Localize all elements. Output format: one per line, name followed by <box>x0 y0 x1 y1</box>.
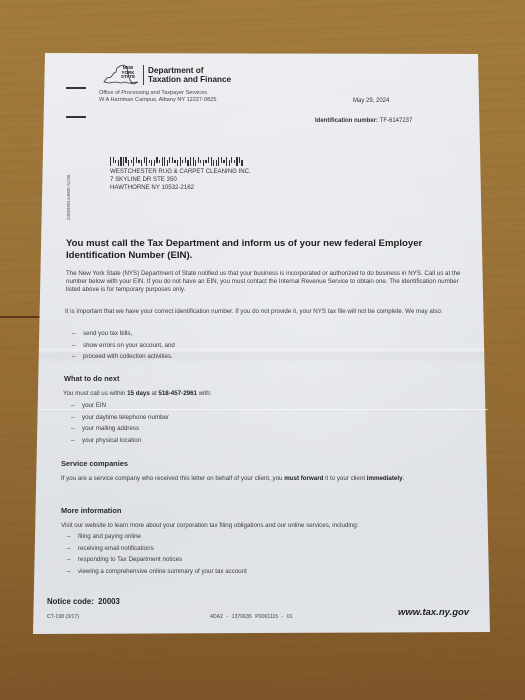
barcode-bar <box>159 160 160 163</box>
tax-notice-letter: NEW YORK STATE Department of Taxation an… <box>0 0 525 700</box>
barcode-bar <box>182 160 183 163</box>
website-url: www.tax.ny.gov <box>398 607 469 618</box>
barcode-bar <box>118 160 119 166</box>
barcode-bar <box>205 160 206 163</box>
barcode-bar <box>180 157 181 166</box>
barcode-bar <box>234 160 235 163</box>
call-instructions: You must call us within 15 days at 518-4… <box>63 390 468 398</box>
barcode-bar <box>164 157 165 166</box>
barcode-bar <box>223 160 224 163</box>
barcode-bar <box>138 160 139 163</box>
barcode-bar <box>239 157 240 163</box>
phone-number: 518-457-2961 <box>158 390 197 397</box>
department-name: Department of Taxation and Finance <box>148 66 231 85</box>
barcode-bar <box>177 160 178 166</box>
barcode-bar <box>211 157 212 166</box>
list-item: receiving email notifications <box>67 543 247 555</box>
list-item: show errors on your account, and <box>72 340 175 352</box>
fold-mark <box>66 116 86 118</box>
online-services-list: filing and paying online receiving email… <box>67 531 247 577</box>
barcode-bar <box>167 160 168 166</box>
barcode-bar <box>123 157 124 166</box>
barcode-bar <box>221 157 222 163</box>
new-york-state-outline-icon: NEW YORK STATE <box>103 64 141 86</box>
more-information-heading: More information <box>61 506 121 515</box>
barcode-bar <box>226 157 227 166</box>
more-information-text: Visit our website to learn more about yo… <box>61 522 481 530</box>
barcode-bar <box>125 157 126 163</box>
postal-barcode <box>110 157 243 166</box>
barcode-bar <box>120 157 121 166</box>
importance-paragraph: It is important that we have your correc… <box>65 308 470 316</box>
required-info-list: your EIN your daytime telephone number y… <box>71 400 169 446</box>
barcode-bar <box>241 160 242 166</box>
reference-codes: 4DA2 - 1370635 P0001115 - 01 <box>210 614 293 620</box>
form-id: CT-198 (3/17) <box>47 614 79 620</box>
list-item: your mailing address <box>71 423 169 435</box>
list-item: send you tax bills, <box>72 328 175 340</box>
deadline: 15 days <box>127 390 150 397</box>
barcode-bar <box>216 160 217 166</box>
what-to-do-heading: What to do next <box>64 374 119 383</box>
barcode-bar <box>141 160 142 166</box>
list-item: responding to Tax Department notices <box>67 554 247 566</box>
barcode-bar <box>190 157 191 166</box>
logo-divider <box>143 65 144 85</box>
nys-dtf-logo: NEW YORK STATE Department of Taxation an… <box>103 64 231 86</box>
consequences-list: send you tax bills, show errors on your … <box>72 328 175 363</box>
list-item: proceed with collection activities. <box>72 351 175 363</box>
list-item: filing and paying online <box>67 531 247 543</box>
recipient-address: WESTCHESTER RUG & CARPET CLEANING INC. 7… <box>110 168 251 192</box>
barcode-bar <box>151 160 152 166</box>
list-item: your physical location <box>71 435 169 447</box>
barcode-bar <box>185 157 186 163</box>
barcode-bar <box>236 157 237 166</box>
notice-code: Notice code: 20003 <box>47 597 120 606</box>
barcode-bar <box>200 160 201 163</box>
service-companies-heading: Service companies <box>61 459 128 468</box>
barcode-bar <box>136 157 137 163</box>
barcode-bar <box>144 157 145 163</box>
service-companies-text: If you are a service company who receive… <box>61 475 471 483</box>
barcode-bar <box>195 160 196 166</box>
barcode-bar <box>229 160 230 166</box>
vertical-tracking-code: 2405990144000-AC00 <box>66 175 71 220</box>
barcode-bar <box>149 160 150 163</box>
letter-date: May 29, 2024 <box>353 98 389 104</box>
barcode-bar <box>133 157 134 166</box>
barcode-bar <box>218 157 219 166</box>
intro-paragraph: The New York State (NYS) Department of S… <box>66 270 471 295</box>
barcode-bar <box>156 157 157 163</box>
notice-headline: You must call the Tax Department and inf… <box>66 238 466 261</box>
barcode-bar <box>115 160 116 163</box>
identification-number: Identification number: TF-6147237 <box>315 118 412 124</box>
barcode-bar <box>128 160 129 166</box>
barcode-bar <box>110 157 111 166</box>
barcode-bar <box>198 157 199 163</box>
fold-mark <box>66 87 86 89</box>
state-wordmark: NEW YORK STATE <box>121 66 135 80</box>
barcode-bar <box>131 160 132 163</box>
barcode-bar <box>213 160 214 166</box>
barcode-bar <box>208 157 209 163</box>
barcode-bar <box>162 157 163 166</box>
barcode-bar <box>187 160 188 166</box>
barcode-bar <box>169 157 170 163</box>
office-address: Office of Processing and Taxpayer Servic… <box>99 90 216 104</box>
list-item: viewing a comprehensive online summary o… <box>67 566 247 578</box>
barcode-bar <box>113 157 114 163</box>
list-item: your daytime telephone number <box>71 412 169 424</box>
barcode-bar <box>154 160 155 166</box>
list-item: your EIN <box>71 400 169 412</box>
barcode-bar <box>174 160 175 163</box>
barcode-bar <box>172 157 173 163</box>
barcode-bar <box>193 157 194 166</box>
barcode-bar <box>203 160 204 166</box>
barcode-bar <box>146 157 147 166</box>
barcode-bar <box>231 157 232 163</box>
